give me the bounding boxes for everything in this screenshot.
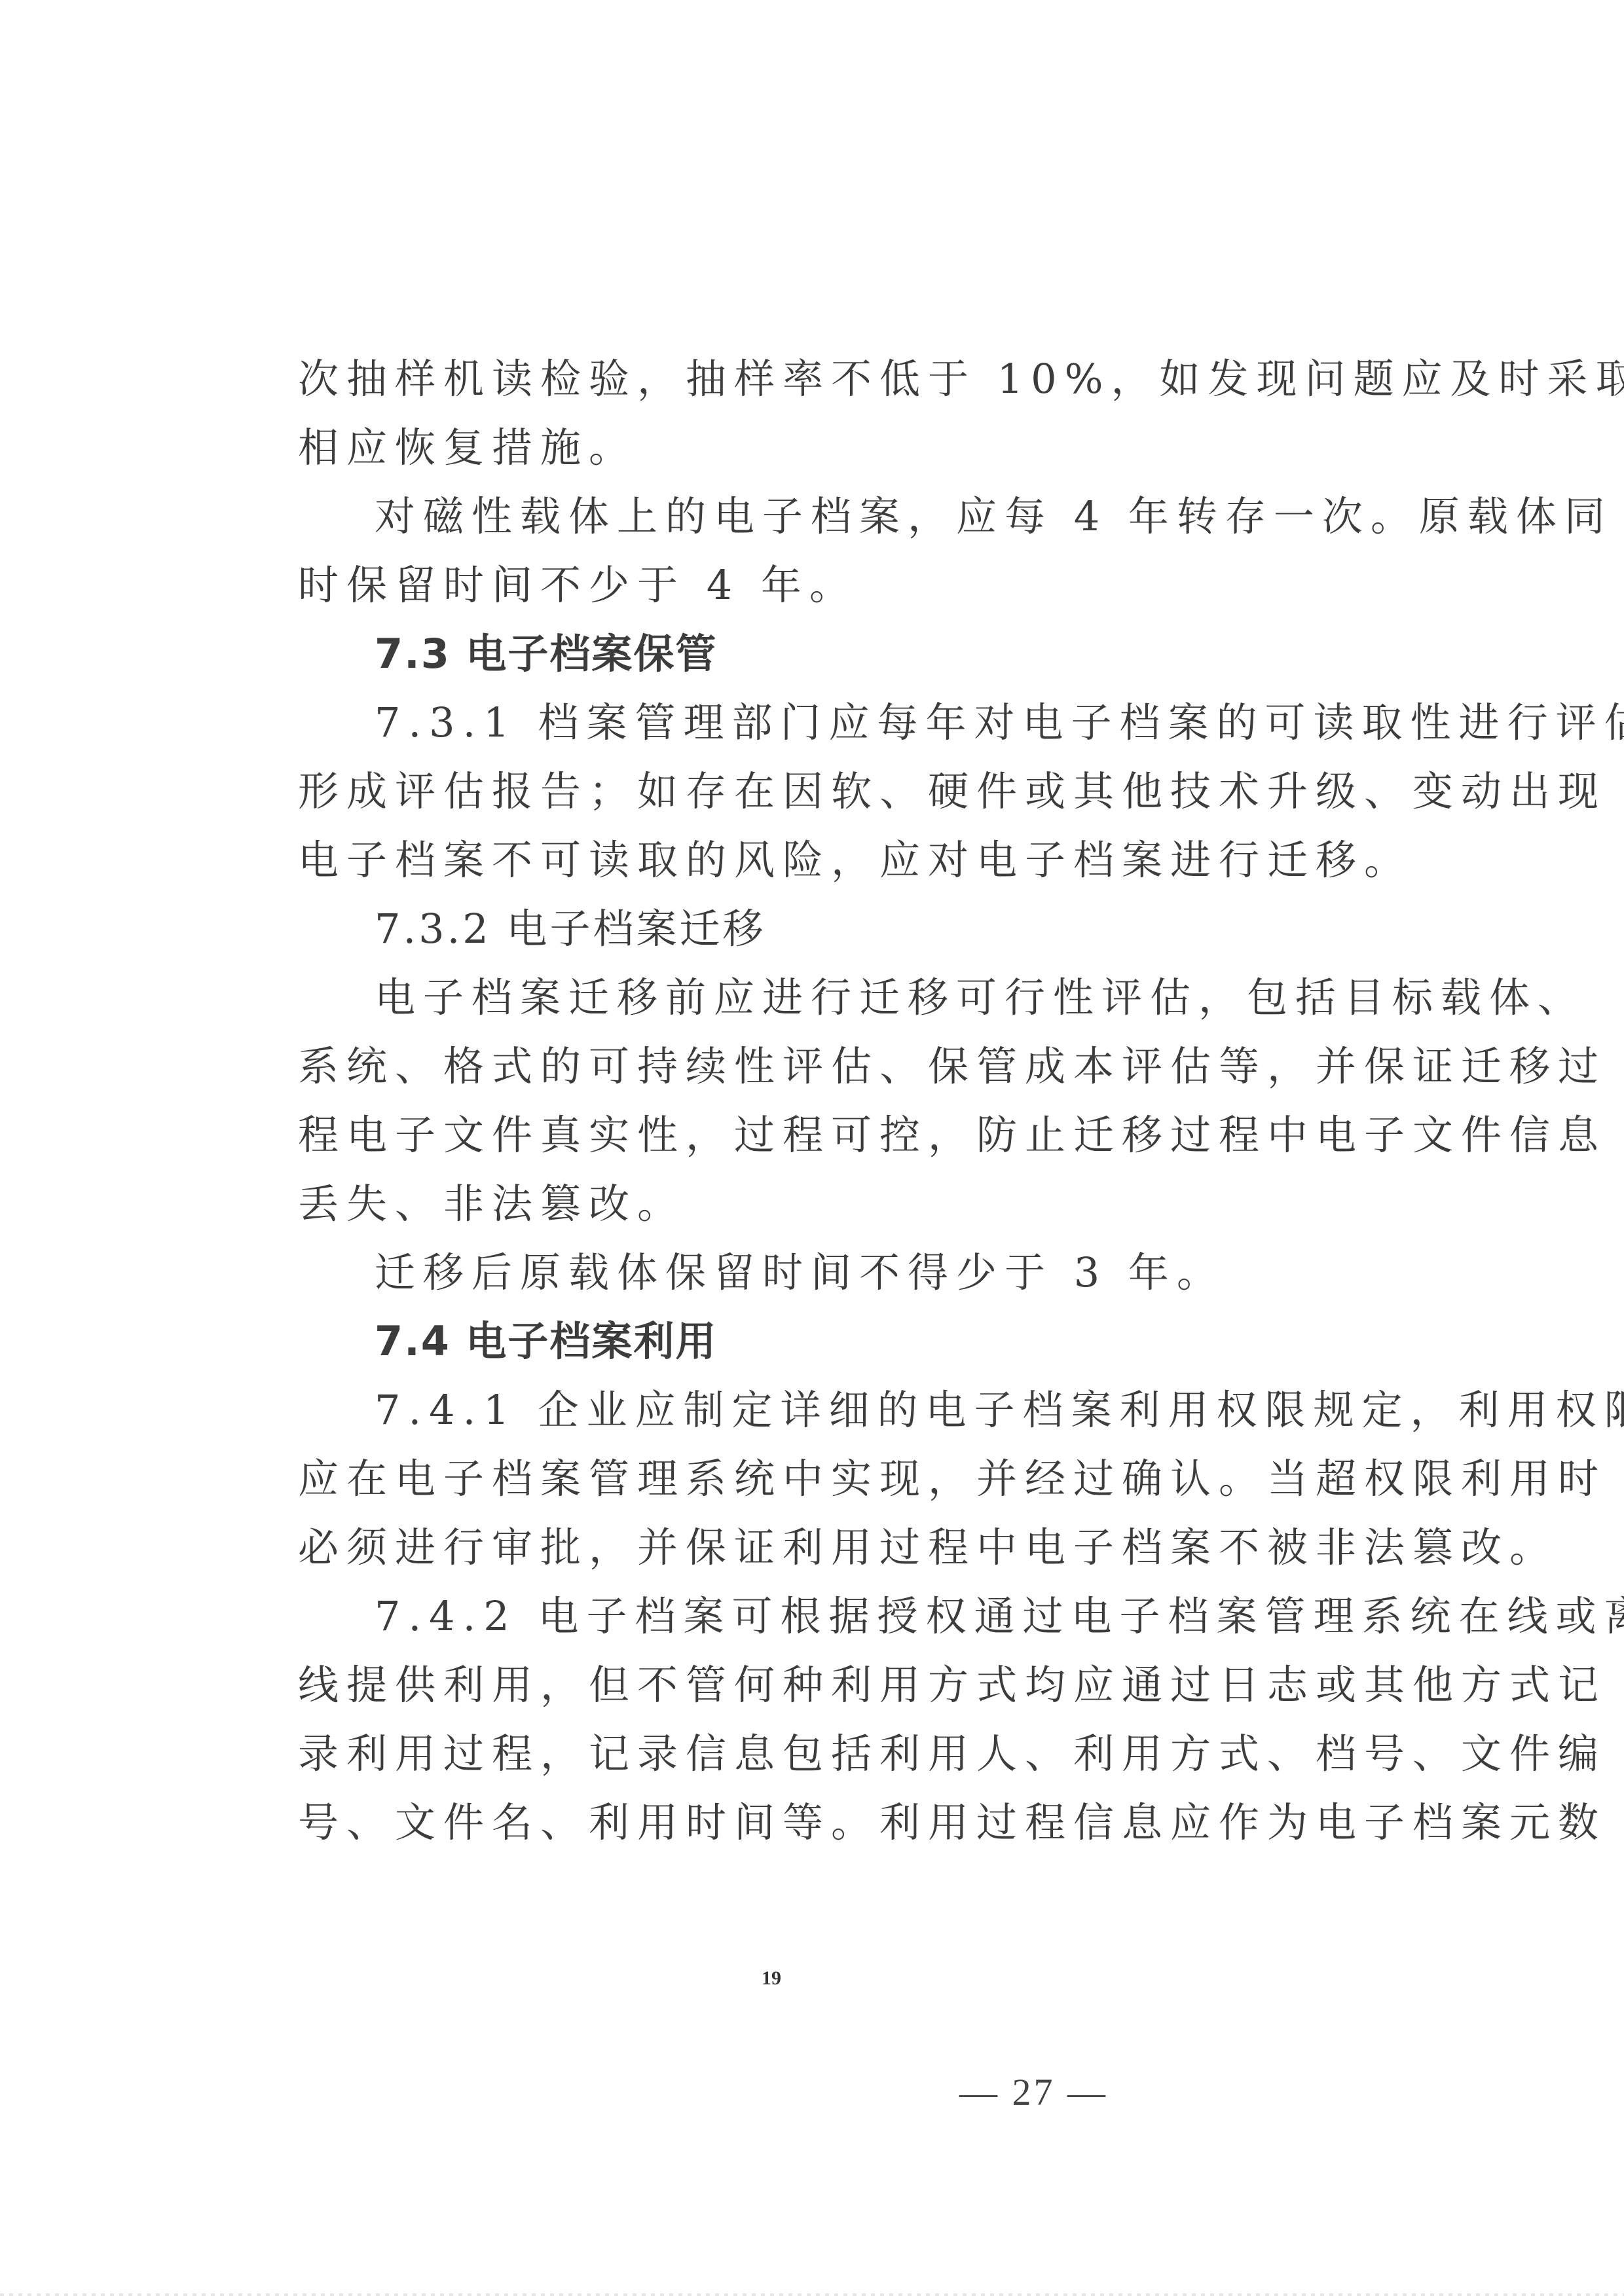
body-line: 线提供利用，但不管何种利用方式均应通过日志或其他方式记 — [298, 1665, 1346, 1705]
body-line: 录利用过程，记录信息包括利用人、利用方式、档号、文件编 — [298, 1734, 1346, 1774]
section-heading-7-4: 7.4 电子档案利用 — [375, 1321, 1422, 1362]
body-line: 系统、格式的可持续性评估、保管成本评估等，并保证迁移过 — [298, 1046, 1346, 1087]
body-line: 丢失、非法篡改。 — [298, 1184, 1346, 1224]
body-line: 对磁性载体上的电子档案，应每 4 年转存一次。原载体同 — [375, 496, 1422, 537]
body-line: 迁移后原载体保留时间不得少于 3 年。 — [375, 1252, 1422, 1293]
body-line: 必须进行审批，并保证利用过程中电子档案不被非法篡改。 — [298, 1527, 1346, 1568]
body-line: 7.4.2 电子档案可根据授权通过电子档案管理系统在线或离 — [375, 1596, 1422, 1637]
document-page: 次抽样机读检验，抽样率不低于 10%，如发现问题应及时采取 相应恢复措施。 对磁… — [0, 0, 1624, 2296]
outer-page-number: — 27 — — [959, 2070, 1108, 2114]
scan-edge-artifact — [0, 2293, 1624, 2296]
body-line: 7.3.1 档案管理部门应每年对电子档案的可读取性进行评估， — [375, 702, 1422, 743]
body-line: 相应恢复措施。 — [298, 428, 1346, 468]
section-heading-7-3: 7.3 电子档案保管 — [375, 634, 1422, 674]
body-line: 程电子文件真实性，过程可控，防止迁移过程中电子文件信息 — [298, 1115, 1346, 1156]
subsection-heading-7-3-2: 7.3.2 电子档案迁移 — [375, 909, 1422, 949]
body-line: 次抽样机读检验，抽样率不低于 10%，如发现问题应及时采取 — [298, 359, 1346, 399]
body-line: 7.4.1 企业应制定详细的电子档案利用权限规定，利用权限 — [375, 1390, 1422, 1430]
body-line: 号、文件名、利用时间等。利用过程信息应作为电子档案元数 — [298, 1802, 1346, 1843]
body-line: 电子档案不可读取的风险，应对电子档案进行迁移。 — [298, 840, 1346, 881]
inner-page-number: 19 — [762, 1967, 781, 1990]
body-line: 时保留时间不少于 4 年。 — [298, 565, 1346, 606]
body-line: 应在电子档案管理系统中实现，并经过确认。当超权限利用时 — [298, 1459, 1346, 1499]
body-line: 形成评估报告；如存在因软、硬件或其他技术升级、变动出现 — [298, 771, 1346, 812]
body-line: 电子档案迁移前应进行迁移可行性评估，包括目标载体、 — [375, 977, 1422, 1018]
